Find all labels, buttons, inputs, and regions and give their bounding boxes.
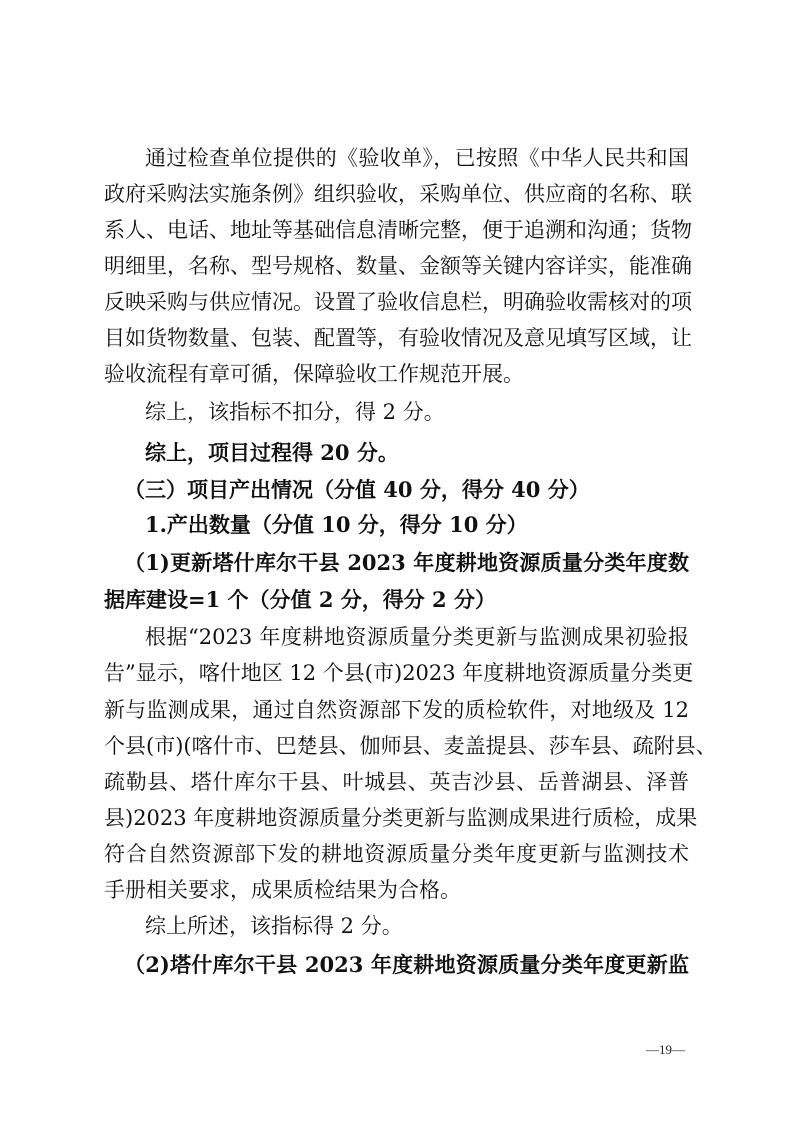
paragraph-line: 个县(市)(喀什市、巴楚县、伽师县、麦盖提县、莎车县、疏附县、 — [104, 732, 689, 760]
document-page: 通过检查单位提供的《验收单》，已按照《中华人民共和国 政府采购法实施条例》组织验… — [0, 0, 793, 1122]
paragraph-line: 目如货物数量、包装、配置等，有验收情况及意见填写区域，让 — [104, 324, 689, 352]
paragraph-line: 系人、电话、地址等基础信息清晰完整，便于追溯和沟通；货物 — [104, 216, 689, 244]
paragraph-line: 手册相关要求，成果质检结果为合格。 — [104, 876, 689, 904]
paragraph-line: 政府采购法实施条例》组织验收，采购单位、供应商的名称、联 — [104, 180, 689, 208]
paragraph-line: 明细里，名称、型号规格、数量、金额等关键内容详实，能准确 — [104, 252, 689, 280]
page-number: —19— — [646, 1042, 685, 1058]
paragraph-line: 县)2023 年度耕地资源质量分类更新与监测成果进行质检，成果 — [104, 804, 689, 832]
indicator-heading: （2)塔什库尔干县 2023 年度耕地资源质量分类年度更新监 — [124, 951, 689, 979]
score-summary-line: 综上，该指标不扣分，得 2 分。 — [145, 398, 689, 426]
score-summary-line: 综上所述，该指标得 2 分。 — [145, 912, 689, 940]
paragraph-line: 反映采购与供应情况。设置了验收信息栏，明确验收需核对的项 — [104, 288, 689, 316]
paragraph-line: 符合自然资源部下发的耕地资源质量分类年度更新与监测技术 — [104, 840, 689, 868]
paragraph-line: 疏勒县、塔什库尔干县、叶城县、英吉沙县、岳普湖县、泽普 — [104, 768, 689, 796]
section-heading: （三）项目产出情况（分值 40 分，得分 40 分） — [124, 476, 709, 504]
paragraph-line: 验收流程有章可循，保障验收工作规范开展。 — [104, 360, 689, 388]
subsection-heading: 1.产出数量（分值 10 分，得分 10 分） — [145, 511, 689, 539]
paragraph-line: 新与监测成果，通过自然资源部下发的质检软件，对地级及 12 — [104, 696, 689, 724]
paragraph-line: 通过检查单位提供的《验收单》，已按照《中华人民共和国 — [145, 144, 689, 172]
paragraph-line: 根据“2023 年度耕地资源质量分类更新与监测成果初验报 — [145, 623, 689, 651]
process-total-line: 综上，项目过程得 20 分。 — [145, 439, 689, 467]
indicator-heading-cont: 据库建设=1 个（分值 2 分，得分 2 分） — [104, 586, 689, 614]
paragraph-line: 告”显示，喀什地区 12 个县(市)2023 年度耕地资源质量分类更 — [104, 659, 689, 687]
indicator-heading: （1)更新塔什库尔干县 2023 年度耕地资源质量分类年度数 — [124, 549, 689, 577]
